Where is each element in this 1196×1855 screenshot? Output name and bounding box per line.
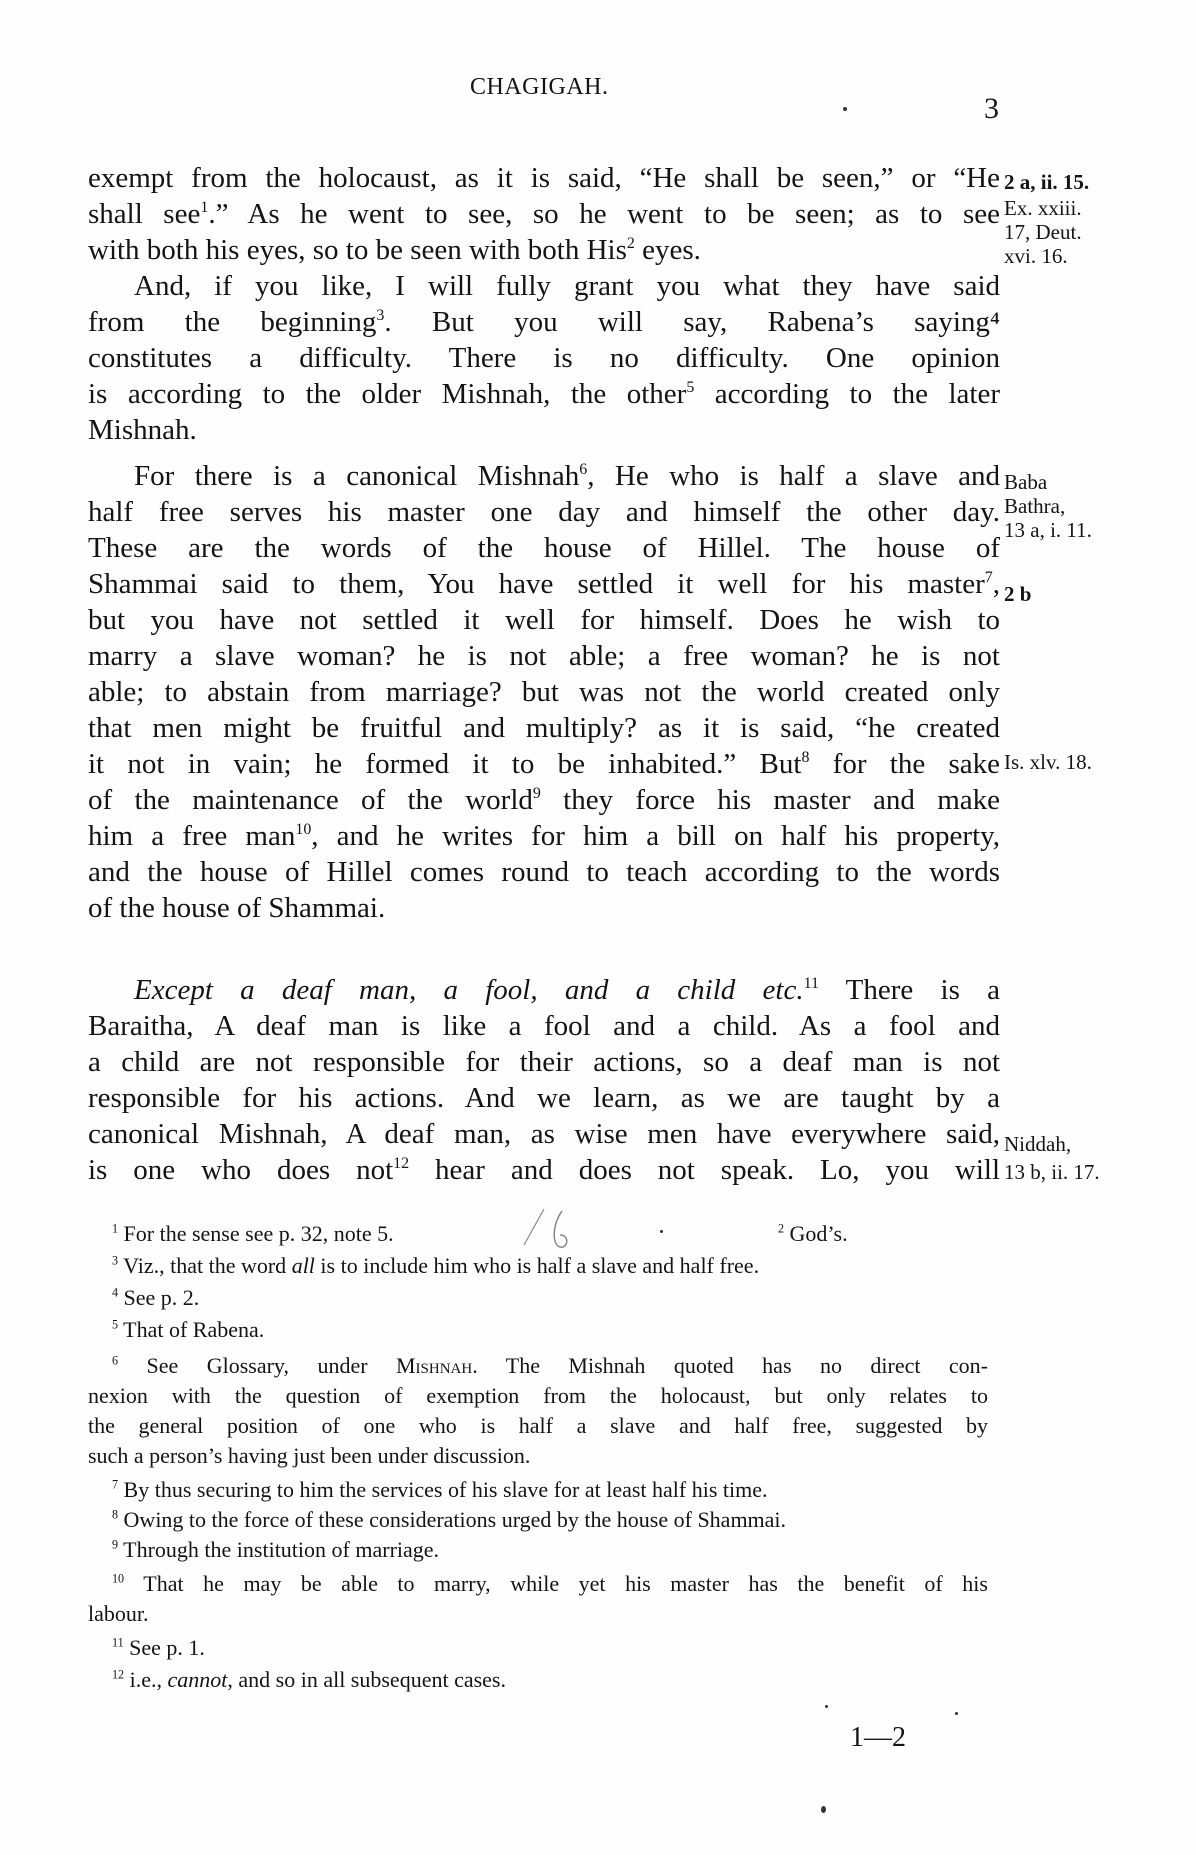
footnote-6-cont: the general position of one who is half … — [88, 1412, 988, 1440]
footnote-12: 12 i.e., cannot, and so in all subsequen… — [112, 1666, 506, 1694]
margin-note: 17, Deut. — [1004, 220, 1082, 244]
footnote-5: 5 That of Rabena. — [112, 1316, 264, 1344]
body-line: that men might be fruitful and multiply?… — [88, 710, 1000, 746]
speck — [821, 1806, 826, 1813]
body-line: and the house of Hillel comes round to t… — [88, 854, 1000, 890]
body-line: exempt from the holocaust, as it is said… — [88, 160, 1000, 196]
body-line: These are the words of the house of Hill… — [88, 530, 1000, 566]
body-line: Shammai said to them, You have settled i… — [88, 566, 1000, 602]
speck — [843, 107, 847, 111]
body-line: is one who does not12 hear and does not … — [88, 1152, 1000, 1188]
body-line: Baraitha, A deaf man is like a fool and … — [88, 1008, 1000, 1044]
body-line: a child are not responsible for their ac… — [88, 1044, 1000, 1080]
body-line: responsible for his actions. And we lear… — [88, 1080, 1000, 1116]
footnote-6-cont: nexion with the question of exemption fr… — [88, 1382, 988, 1410]
body-line: is according to the older Mishnah, the o… — [88, 376, 1000, 412]
footnote-2: 2 God’s. — [778, 1220, 848, 1248]
footnote-4: 4 See p. 2. — [112, 1284, 199, 1312]
footnote-1: 1 For the sense see p. 32, note 5. — [112, 1220, 394, 1248]
body-line: marry a slave woman? he is not able; a f… — [88, 638, 1000, 674]
body-line: from the beginning3. But you will say, R… — [88, 304, 1000, 340]
page-number: 3 — [984, 92, 999, 126]
body-line: with both his eyes, so to be seen with b… — [88, 232, 1000, 268]
body-line: Except a deaf man, a fool, and a child e… — [134, 972, 1000, 1008]
speck — [825, 1705, 828, 1708]
margin-note: xvi. 16. — [1004, 244, 1068, 268]
body-line: him a free man10, and he writes for him … — [88, 818, 1000, 854]
margin-note: 2 b — [1004, 582, 1031, 606]
footnote-6-cont: such a person’s having just been under d… — [88, 1442, 988, 1470]
running-title: CHAGIGAH. — [470, 74, 609, 101]
footnote-10: 10 That he may be able to marry, while y… — [112, 1570, 988, 1598]
footnote-9: 9 Through the institution of marriage. — [112, 1536, 439, 1564]
margin-note: 13 b, ii. 17. — [1004, 1160, 1100, 1184]
scanned-page: CHAGIGAH. 3 exempt from the holocaust, a… — [0, 0, 1196, 1855]
margin-note: 2 a, ii. 15. — [1004, 170, 1089, 194]
body-line: half free serves his master one day and … — [88, 494, 1000, 530]
body-line: but you have not settled it well for him… — [88, 602, 1000, 638]
body-line: Mishnah. — [88, 412, 1000, 448]
footnote-3: 3 Viz., that the word all is to include … — [112, 1252, 759, 1280]
body-line: of the maintenance of the world9 they fo… — [88, 782, 1000, 818]
body-line: canonical Mishnah, A deaf man, as wise m… — [88, 1116, 1000, 1152]
body-line: And, if you like, I will fully grant you… — [134, 268, 1000, 304]
footnote-10-cont: labour. — [88, 1600, 988, 1628]
margin-note: Bathra, — [1004, 494, 1065, 518]
speck — [955, 1712, 958, 1715]
margin-note: Baba — [1004, 470, 1047, 494]
margin-note: Is. xlv. 18. — [1004, 750, 1092, 774]
pencil-mark-icon — [522, 1205, 582, 1265]
body-line: of the house of Shammai. — [88, 890, 1000, 926]
body-line: constitutes a difficulty. There is no di… — [88, 340, 1000, 376]
footnote-8: 8 Owing to the force of these considerat… — [112, 1506, 786, 1534]
margin-note: Ex. xxiii. — [1004, 196, 1082, 220]
margin-note: 13 a, i. 11. — [1004, 518, 1092, 542]
body-line: it not in vain; he formed it to be inhab… — [88, 746, 1000, 782]
footnote-11: 11 See p. 1. — [112, 1634, 205, 1662]
body-line: For there is a canonical Mishnah6, He wh… — [134, 458, 1000, 494]
speck — [660, 1230, 663, 1233]
footnote-6: 6 See Glossary, under Mishnah. The Mishn… — [112, 1352, 988, 1380]
footnote-7: 7 By thus securing to him the services o… — [112, 1476, 768, 1504]
signature-mark: 1—2 — [850, 1722, 906, 1754]
body-line: able; to abstain from marriage? but was … — [88, 674, 1000, 710]
margin-note: Niddah, — [1004, 1132, 1071, 1156]
body-line: shall see1.” As he went to see, so he we… — [88, 196, 1000, 232]
